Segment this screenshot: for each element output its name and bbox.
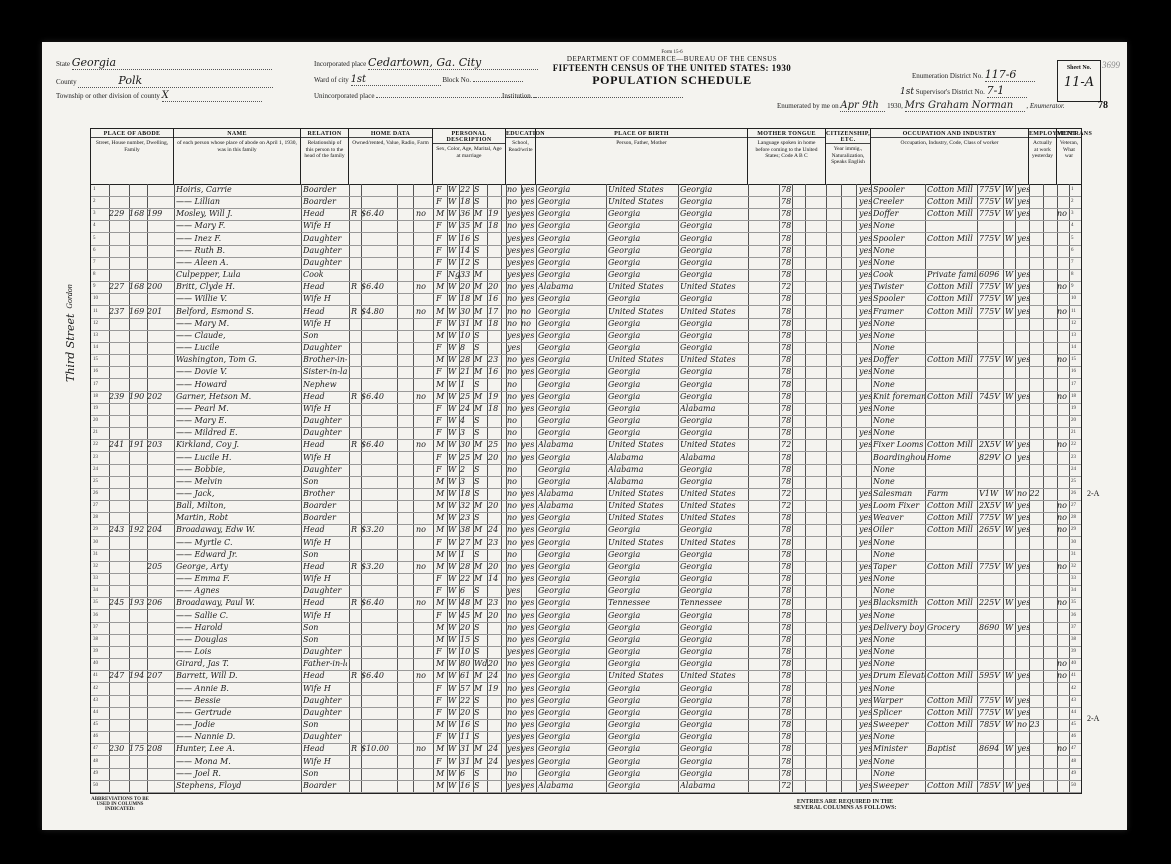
cell-mpob: United States (680, 537, 748, 549)
ed-field: Enumeration District No. 117-6 (912, 68, 1062, 82)
cell-sex: F (436, 731, 448, 743)
cell-house: 229 (109, 208, 129, 220)
cell-mpob: Georgia (680, 573, 748, 585)
cell-cls: W (1005, 670, 1015, 682)
cell-ocode: 775V (979, 281, 1005, 293)
cell-occ: Framer (873, 306, 925, 318)
cell-cls: W (1005, 269, 1015, 281)
cell-fpob: Alabama (608, 464, 678, 476)
cell-home: R (351, 306, 361, 318)
line-number: 31 (93, 549, 98, 561)
cell-farm: no (416, 561, 430, 573)
cell-age: 18 (460, 196, 474, 208)
cell-emp: yes (1017, 233, 1039, 245)
cell-agem: 25 (488, 439, 502, 451)
cell-house: 239 (109, 391, 129, 403)
cell-pob: Georgia (538, 512, 606, 524)
cell-mpob: Georgia (680, 524, 748, 536)
cell-ind: Cotton Mill (927, 670, 977, 682)
cell-code: 72 (781, 488, 795, 500)
cell-code: 78 (781, 622, 795, 634)
cell-fpob: Georgia (608, 403, 678, 415)
cell-val: $6.40 (361, 208, 397, 220)
cell-cls: W (1005, 208, 1015, 220)
cell-mar: S (474, 257, 488, 269)
cell-occ: None (873, 634, 925, 646)
cell-fam: 207 (147, 670, 169, 682)
cell-fpob: Georgia (608, 257, 678, 269)
cell-sex: F (436, 452, 448, 464)
cell-mpob: United States (680, 354, 748, 366)
cell-pob: Georgia (538, 683, 606, 695)
line-number-right: 20 (1071, 415, 1076, 427)
line-number: 3 (93, 208, 96, 220)
cell-rw: yes (521, 439, 535, 451)
cell-occ: None (873, 330, 925, 342)
cell-fpob: Georgia (608, 549, 678, 561)
cell-occ: None (873, 245, 925, 257)
table-row: 11Hoiris, CarrieBoarderFW22SnoyesGeorgia… (91, 184, 1081, 197)
cell-eng: yes (859, 524, 871, 536)
cell-color: W (448, 780, 460, 792)
enumerator-name: Mrs Graham Norman (905, 100, 1025, 112)
cell-color: W (448, 646, 460, 658)
cell-color: W (448, 196, 460, 208)
cell-eng: yes (859, 233, 871, 245)
cell-sch: yes (507, 743, 521, 755)
cell-agem: 24 (488, 524, 502, 536)
cell-mar: M (474, 597, 488, 609)
cell-vet: no (1057, 597, 1077, 609)
line-number-right: 42 (1071, 683, 1076, 695)
cell-agem: 18 (488, 220, 502, 232)
cell-ind: Cotton Mill (927, 281, 977, 293)
cell-sex: M (436, 379, 448, 391)
cell-fpob: Georgia (608, 415, 678, 427)
cell-age: 20 (460, 707, 474, 719)
cell-code: 72 (781, 281, 795, 293)
cell-eng: yes (859, 245, 871, 257)
cell-pob: Georgia (538, 391, 606, 403)
table-row: 1515Washington, Tom G.Brother-in-lawMW28… (91, 354, 1081, 367)
cell-sch: yes (507, 257, 521, 269)
cell-emp: yes (1017, 743, 1039, 755)
cell-pob: Georgia (538, 524, 606, 536)
cell-color: W (448, 561, 460, 573)
cell-name: Washington, Tom G. (176, 354, 300, 366)
cell-pob: Georgia (538, 573, 606, 585)
cell-occ: Boardinghouse keeper (873, 452, 925, 464)
cell-eng: yes (859, 597, 871, 609)
cell-fpob: Georgia (608, 245, 678, 257)
cell-mpob: Georgia (680, 658, 748, 670)
cell-name: —— Annie B. (176, 683, 300, 695)
cell-occ: None (873, 464, 925, 476)
cell-sex: F (436, 573, 448, 585)
cell-pob: Georgia (538, 257, 606, 269)
cell-age: 57 (460, 683, 474, 695)
cell-sex: F (436, 610, 448, 622)
cell-fpob: Georgia (608, 585, 678, 597)
cell-occ: Spooler (873, 293, 925, 305)
cell-fpob: United States (608, 354, 678, 366)
line-number-right: 6 (1071, 245, 1074, 257)
cell-pob: Georgia (538, 415, 606, 427)
cell-occ: None (873, 549, 925, 561)
cell-sex: M (436, 634, 448, 646)
cell-occ: None (873, 476, 925, 488)
cell-age: 38 (460, 524, 474, 536)
cell-occ: Salesman (873, 488, 925, 500)
cell-mpob: Georgia (680, 318, 748, 330)
table-row: 1010—— Willie V.Wife HFW18M16noyesGeorgi… (91, 293, 1081, 306)
cell-rw: yes (521, 731, 535, 743)
cell-mpob: Georgia (680, 391, 748, 403)
cell-age: 6 (460, 585, 474, 597)
cell-cls: W (1005, 780, 1015, 792)
cell-dw: 168 (129, 281, 147, 293)
cell-sch: yes (507, 330, 521, 342)
cell-sex: M (436, 306, 448, 318)
cell-sch: no (507, 476, 521, 488)
cell-fpob: Georgia (608, 379, 678, 391)
cell-mar: S (474, 622, 488, 634)
cell-fpob: Alabama (608, 452, 678, 464)
cell-age: 18 (460, 293, 474, 305)
cell-rw: yes (521, 512, 535, 524)
cell-eng: yes (859, 293, 871, 305)
header-veterans: VETERANSVeteran, What war (1057, 129, 1081, 184)
cell-farm: no (416, 597, 430, 609)
table-row: 4141247194207Barrett, Will D.HeadR$6.40n… (91, 670, 1081, 683)
cell-dw: 168 (129, 208, 147, 220)
cell-agem: 16 (488, 366, 502, 378)
cell-pob: Georgia (538, 245, 606, 257)
line-number: 34 (93, 585, 98, 597)
cell-rw: yes (521, 281, 535, 293)
cell-age: 24 (460, 403, 474, 415)
cell-code: 78 (781, 768, 795, 780)
cell-name: Garner, Hetson M. (176, 391, 300, 403)
cell-color: W (448, 184, 460, 196)
township-field: Township or other division of county X (56, 90, 296, 102)
cell-pob: Georgia (538, 634, 606, 646)
cell-code: 78 (781, 719, 795, 731)
cell-age: 31 (460, 743, 474, 755)
line-number-right: 2 (1071, 196, 1074, 208)
cell-mpob: Alabama (680, 780, 748, 792)
cell-sch: no (507, 622, 521, 634)
cell-code: 78 (781, 537, 795, 549)
cell-vet: no (1057, 743, 1077, 755)
cell-age: 8 (460, 342, 474, 354)
cell-pob: Georgia (538, 537, 606, 549)
cell-eng: yes (859, 634, 871, 646)
cell-ocode: 595V (979, 670, 1005, 682)
cell-ind: Cotton Mill (927, 695, 977, 707)
cell-ocode: 775V (979, 208, 1005, 220)
cell-occ: Sweeper (873, 719, 925, 731)
cell-sex: M (436, 597, 448, 609)
cell-ind: Baptist (927, 743, 977, 755)
table-row: 1616—— Dovie V.Sister-in-lawFW21M16noyes… (91, 366, 1081, 379)
entries-title: ENTRIES ARE REQUIRED IN THE SEVERAL COLU… (790, 799, 900, 811)
cell-ind: Cotton Mill (927, 780, 977, 792)
cell-rw: yes (521, 354, 535, 366)
cell-age: 4 (460, 415, 474, 427)
cell-cls: W (1005, 719, 1015, 731)
cell-sex: F (436, 196, 448, 208)
cell-emp: no 23 (1017, 719, 1039, 731)
cell-mpob: Georgia (680, 695, 748, 707)
cell-pob: Alabama (538, 500, 606, 512)
cell-rw: yes (521, 196, 535, 208)
cell-rw: yes (521, 719, 535, 731)
cell-sch: no (507, 561, 521, 573)
cell-cls: W (1005, 233, 1015, 245)
cell-age: 14 (460, 245, 474, 257)
cell-rw: no (521, 318, 535, 330)
cell-fpob: United States (608, 184, 678, 196)
cell-ocode: 775V (979, 233, 1005, 245)
cell-vet: no (1057, 524, 1077, 536)
cell-rw: yes (521, 670, 535, 682)
table-row: 2626—— Jack,BrotherMW18SnoyesAlabamaUnit… (91, 488, 1081, 501)
cell-mpob: Georgia (680, 743, 748, 755)
line-number-right: 1 (1071, 184, 1074, 196)
cell-emp: yes (1017, 439, 1039, 451)
cell-cls: W (1005, 184, 1015, 196)
cell-code: 78 (781, 391, 795, 403)
cell-rel: Daughter (303, 245, 347, 257)
cell-sex: M (436, 488, 448, 500)
cell-sex: M (436, 524, 448, 536)
cell-sch: no (507, 464, 521, 476)
cell-occ: Oiler (873, 524, 925, 536)
cell-sch: no (507, 573, 521, 585)
cell-age: 22 (460, 184, 474, 196)
cell-code: 78 (781, 683, 795, 695)
cell-ocode: 775V (979, 184, 1005, 196)
cell-code: 72 (781, 500, 795, 512)
cell-cls: W (1005, 281, 1015, 293)
table-row: 2525—— MelvinSonMW3SnoGeorgiaAlabamaGeor… (91, 476, 1081, 489)
cell-fpob: Tennessee (608, 597, 678, 609)
cell-fpob: Georgia (608, 658, 678, 670)
cell-name: —— Mildred E. (176, 427, 300, 439)
line-number-right: 33 (1071, 573, 1076, 585)
header-personal-description: PERSONAL DESCRIPTIONSex, Color, Age, Mar… (433, 129, 506, 184)
cell-vet: no (1057, 561, 1077, 573)
cell-name: Culpepper, Lula (176, 269, 300, 281)
cell-ind: Cotton Mill (927, 233, 977, 245)
cell-rw: yes (521, 646, 535, 658)
line-number-right: 48 (1071, 756, 1076, 768)
cell-rw: yes (521, 756, 535, 768)
cell-color: W (448, 366, 460, 378)
cell-rw: yes (521, 707, 535, 719)
cell-occ: Minister (873, 743, 925, 755)
cell-agem: 23 (488, 537, 502, 549)
cell-mpob: Georgia (680, 208, 748, 220)
line-number-right: 31 (1071, 549, 1076, 561)
cell-vet: no (1057, 281, 1077, 293)
cell-occ: None (873, 318, 925, 330)
supervisor-field: 1st Supervisor's District No. 7-1 (900, 84, 1060, 98)
cell-pob: Georgia (538, 366, 606, 378)
cell-code: 78 (781, 549, 795, 561)
cell-sch: yes (507, 585, 521, 597)
cell-pob: Georgia (538, 342, 606, 354)
cell-ind: Grocery (927, 622, 977, 634)
cell-mar: S (474, 379, 488, 391)
cell-rel: Son (303, 768, 347, 780)
cell-name: —— Mona M. (176, 756, 300, 768)
cell-fpob: Georgia (608, 330, 678, 342)
cell-mpob: Georgia (680, 610, 748, 622)
cell-eng: yes (859, 306, 871, 318)
cell-code: 78 (781, 257, 795, 269)
line-number-right: 39 (1071, 646, 1076, 658)
cell-fam: 199 (147, 208, 169, 220)
cell-rel: Daughter (303, 257, 347, 269)
cell-sch: no (507, 415, 521, 427)
cell-farm: no (416, 670, 430, 682)
cell-rw: yes (521, 208, 535, 220)
cell-name: Britt, Clyde H. (176, 281, 300, 293)
cell-eng: yes (859, 731, 871, 743)
cell-occ: Warper (873, 695, 925, 707)
cell-mar: M (474, 281, 488, 293)
line-number: 2 (93, 196, 96, 208)
cell-fpob: United States (608, 439, 678, 451)
cell-house: 243 (109, 524, 129, 536)
header-relation: RELATIONRelationship of this person to t… (301, 129, 349, 184)
cell-color: W (448, 695, 460, 707)
cell-mar: S (474, 512, 488, 524)
line-number-right: 12 (1071, 318, 1076, 330)
cell-house: 247 (109, 670, 129, 682)
cell-rw: yes (521, 743, 535, 755)
table-row: 55—— Inez F.DaughterFW16SyesyesGeorgiaGe… (91, 233, 1081, 246)
cell-name: —— Edward Jr. (176, 549, 300, 561)
line-number-right: 8 (1071, 269, 1074, 281)
cell-sch: no (507, 488, 521, 500)
cell-occ: None (873, 768, 925, 780)
line-number-right: 36 (1071, 610, 1076, 622)
line-number-right: 38 (1071, 634, 1076, 646)
line-number: 46 (93, 731, 98, 743)
sheet-number: 11-A (1058, 75, 1100, 90)
cell-mpob: Georgia (680, 476, 748, 488)
cell-code: 78 (781, 342, 795, 354)
cell-eng: yes (859, 658, 871, 670)
ed-value: 117-6 (985, 68, 1035, 82)
cell-color: W (448, 220, 460, 232)
cell-mpob: Georgia (680, 585, 748, 597)
table-row: 2222241191203Kirkland, Coy J.HeadR$6.40n… (91, 439, 1081, 452)
line-number-right: 5 (1071, 233, 1074, 245)
cell-fpob: Georgia (608, 756, 678, 768)
cell-eng: yes (859, 354, 871, 366)
cell-rw: yes (521, 610, 535, 622)
table-row: 88Culpepper, LulaCookFNg33MyesyesGeorgia… (91, 269, 1081, 282)
cell-cls: W (1005, 597, 1015, 609)
cell-ocode: 775V (979, 196, 1005, 208)
cell-name: Mosley, Will J. (176, 208, 300, 220)
cell-ocode: 2X5V (979, 500, 1005, 512)
cell-code: 78 (781, 366, 795, 378)
cell-sch: no (507, 658, 521, 670)
cell-color: W (448, 683, 460, 695)
cell-agem: 24 (488, 670, 502, 682)
cell-name: Ball, Milton, (176, 500, 300, 512)
cell-age: 28 (460, 561, 474, 573)
cell-agem: 23 (488, 597, 502, 609)
cell-farm: no (416, 208, 430, 220)
cell-ocode: 775V (979, 512, 1005, 524)
cell-sex: M (436, 780, 448, 792)
line-number: 12 (93, 318, 98, 330)
cell-vet: no (1057, 658, 1077, 670)
cell-occ: None (873, 585, 925, 597)
abbreviations-title: ABBREVIATIONS TO BE USED IN COLUMNS INDI… (90, 797, 150, 812)
cell-sex: M (436, 354, 448, 366)
cell-occ: None (873, 427, 925, 439)
cell-agem: 20 (488, 452, 502, 464)
cell-rw: yes (521, 391, 535, 403)
cell-sch: yes (507, 208, 521, 220)
cell-sch: no (507, 281, 521, 293)
cell-age: 23 (460, 512, 474, 524)
cell-pob: Georgia (538, 452, 606, 464)
cell-sch: no (507, 366, 521, 378)
cell-sch: no (507, 452, 521, 464)
line-number: 14 (93, 342, 98, 354)
cell-agem: 17 (488, 306, 502, 318)
stamp-number: 78 (1098, 100, 1108, 111)
cell-name: —— Jack, (176, 488, 300, 500)
cell-color: W (448, 768, 460, 780)
cell-name: —— Joel R. (176, 768, 300, 780)
cell-eng: yes (859, 537, 871, 549)
cell-age: 20 (460, 281, 474, 293)
cell-ind: Cotton Mill (927, 512, 977, 524)
county-value: Polk (78, 74, 273, 88)
line-number-right: 16 (1071, 366, 1076, 378)
cell-code: 78 (781, 597, 795, 609)
cell-age: 22 (460, 573, 474, 585)
line-number: 41 (93, 670, 98, 682)
line-number: 39 (93, 646, 98, 658)
cell-sex: M (436, 719, 448, 731)
cell-fam: 208 (147, 743, 169, 755)
cell-ocode: 265V (979, 524, 1005, 536)
cell-mar: S (474, 427, 488, 439)
cell-mpob: Georgia (680, 646, 748, 658)
cell-color: W (448, 658, 460, 670)
cell-rel: Wife H (303, 610, 347, 622)
cell-mpob: Georgia (680, 233, 748, 245)
cell-color: W (448, 257, 460, 269)
cell-occ: None (873, 415, 925, 427)
cell-cls: W (1005, 622, 1015, 634)
cell-name: Broadaway, Paul W. (176, 597, 300, 609)
cell-fpob: Georgia (608, 731, 678, 743)
cell-name: Barrett, Will D. (176, 670, 300, 682)
cell-sch: no (507, 634, 521, 646)
cell-sex: F (436, 318, 448, 330)
